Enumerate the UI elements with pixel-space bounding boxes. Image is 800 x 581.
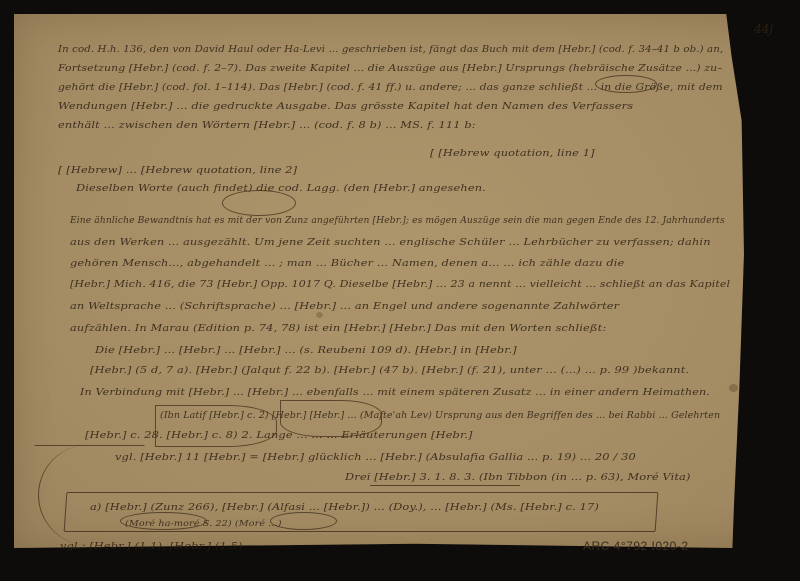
- text-line: Wendungen [Hebr.] ... die gedruckte Ausg…: [58, 101, 633, 112]
- ink-stain: [729, 384, 738, 392]
- circled-note: [222, 190, 296, 216]
- text-line: Fortsetzung [Hebr.] (cod. f. 2–7). Das z…: [58, 63, 723, 74]
- text-line: In Verbindung mit [Hebr.] ... [Hebr.] ..…: [80, 387, 710, 398]
- text-line: Die [Hebr.] ... [Hebr.] ... [Hebr.] ... …: [95, 345, 517, 356]
- circled-note: [270, 512, 337, 530]
- text-line: an Weltsprache ... (Schriftsprache) ... …: [70, 301, 619, 312]
- hebrew-quotation-line: [Hebrew quotation, line 1] ]: [430, 148, 595, 159]
- paper-spot: [42, 106, 47, 111]
- text-line: enthält ... zwischen den Wörtern [Hebr.]…: [58, 120, 476, 131]
- underline-rule: [370, 485, 520, 486]
- connector-curve: [34, 420, 166, 446]
- text-line: Eine ähnliche Bewandtnis hat es mit der …: [70, 215, 725, 226]
- text-line: gehören Mensch..., abgehandelt ... ; man…: [70, 258, 624, 269]
- text-line: [Hebr.] Mich. 416, die 73 [Hebr.] Opp. 1…: [70, 279, 730, 290]
- circled-note: [595, 75, 657, 93]
- archive-shelfmark: ARC 4°792 I020-2: [583, 539, 689, 553]
- text-line: Drei [Hebr.] 3. 1. 8. 3. (Ibn Tibbon (in…: [345, 472, 691, 483]
- connector-curve: [38, 445, 129, 545]
- ink-stain: [316, 312, 323, 318]
- circled-note: [280, 400, 382, 437]
- folio-number: 44j: [754, 22, 773, 36]
- text-line: aufzählen. In Marau (Edition p. 74, 78) …: [70, 323, 606, 334]
- hebrew-quotation-line: [Hebrew quotation, line 2] ... [Hebrew] …: [58, 165, 297, 176]
- text-line: In cod. H.h. 136, den von David Haul ode…: [58, 44, 723, 55]
- text-line: [Hebr.] (5 d, 7 a). [Hebr.] (Jalqut f. 2…: [90, 365, 689, 376]
- text-line: aus den Werken ... ausgezählt. Um jene Z…: [70, 237, 711, 248]
- text-line: vgl. [Hebr.] 11 [Hebr.] = [Hebr.] glückl…: [115, 452, 636, 463]
- circled-note: [120, 512, 207, 530]
- circled-note: [155, 405, 277, 447]
